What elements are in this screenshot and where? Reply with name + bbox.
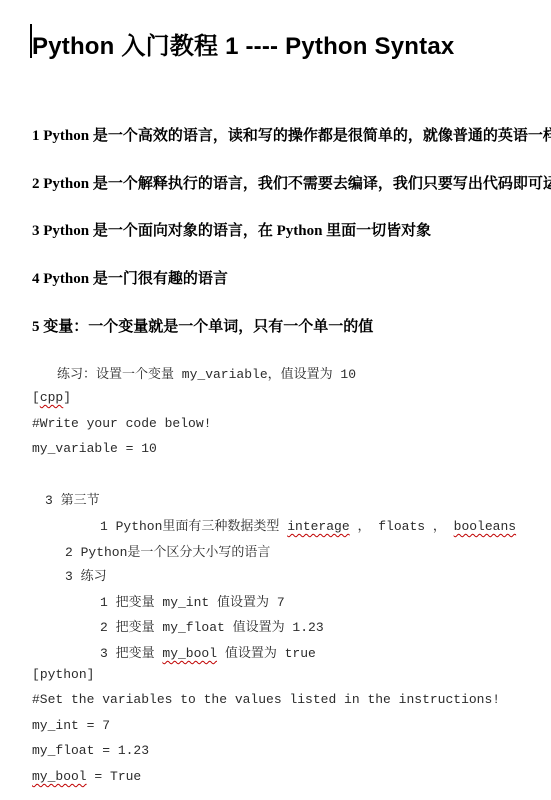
bracket-open: [ <box>32 390 40 405</box>
code-lang-tag-python: [python] <box>32 667 94 682</box>
document-page[interactable]: Python 入门教程 1 ---- Python Syntax 1 Pytho… <box>0 0 551 800</box>
code-line-my-bool: my_bool = True <box>32 769 141 784</box>
misspelled-word-interage: interage <box>287 519 349 534</box>
misspelled-word-booleans: booleans <box>454 519 516 534</box>
section3-item-1: 1 Python里面有三种数据类型 interage ， floats ， bo… <box>100 515 516 534</box>
section3-item-3: 3 练习 <box>65 565 107 584</box>
bracket-open: [ <box>32 667 40 682</box>
code-line-my-float: my_float = 1.23 <box>32 743 149 758</box>
intro-point-2: 2 Python 是一个解释执行的语言，我们不需要去编译，我们只要写出代码即可运… <box>32 172 551 193</box>
lang-word-python: python <box>40 667 87 682</box>
section3-subitem-3: 3 把变量 my_bool 值设置为 true <box>100 642 316 661</box>
code-comment-2: #Set the variables to the values listed … <box>32 692 500 707</box>
misspelled-word-my-bool: my_bool <box>162 646 217 661</box>
code-lang-tag-cpp: [cpp] <box>32 390 71 405</box>
code-line-my-int: my_int = 7 <box>32 718 110 733</box>
document-title: Python 入门教程 1 ---- Python Syntax <box>32 26 454 61</box>
code-line-my-variable: my_variable = 10 <box>32 441 157 456</box>
intro-point-3: 3 Python 是一个面向对象的语言，在 Python 里面一切皆对象 <box>32 219 431 240</box>
subitem3-suffix: 值设置为 true <box>217 646 316 661</box>
intro-point-5: 5 变量：一个变量就是一个单词，只有一个单一的值 <box>32 315 373 336</box>
intro-point-4: 4 Python 是一门很有趣的语言 <box>32 267 228 288</box>
code-comment-1: #Write your code below! <box>32 416 211 431</box>
bracket-close: ] <box>87 667 95 682</box>
intro-point-1: 1 Python 是一个高效的语言，读和写的操作都是很简单的，就像普通的英语一样 <box>32 124 551 145</box>
code-line-my-bool-suffix: = True <box>87 769 142 784</box>
section3-subitem-2: 2 把变量 my_float 值设置为 1.23 <box>100 616 324 635</box>
section3-subitem-1: 1 把变量 my_int 值设置为 7 <box>100 591 285 610</box>
section3-heading: 3 第三节 <box>45 489 100 508</box>
subitem3-prefix: 3 把变量 <box>100 646 162 661</box>
item1-prefix: 1 Python里面有三种数据类型 <box>100 519 287 534</box>
item1-middle: ， floats ， <box>350 519 454 534</box>
bracket-close: ] <box>63 390 71 405</box>
section3-item-2: 2 Python是一个区分大小写的语言 <box>65 541 270 560</box>
misspelled-word-my-bool: my_bool <box>32 769 87 784</box>
misspelled-word-cpp: cpp <box>40 390 63 405</box>
exercise1-prompt: 练习：设置一个变量 my_variable，值设置为 10 <box>57 363 356 382</box>
